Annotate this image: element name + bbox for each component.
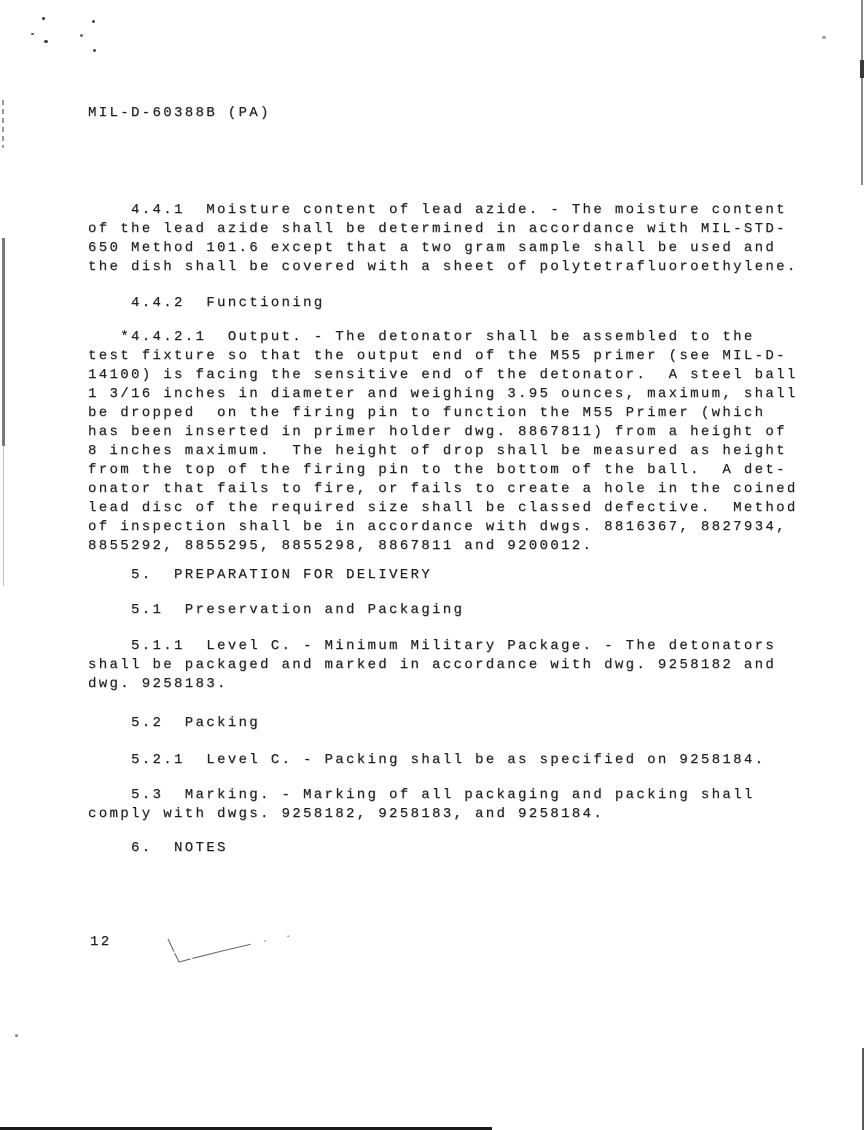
handwritten-checkmark (160, 928, 300, 970)
ink-speck-faint (822, 36, 826, 39)
ink-speck (93, 49, 96, 52)
scan-artifact-left-line-faint (3, 446, 4, 586)
ink-speck (80, 34, 83, 37)
ink-speck (44, 40, 48, 43)
paragraph-4-4-2-1-output: *4.4.2.1 Output. - The detonator shall b… (88, 328, 798, 556)
paragraph-4-4-1-moisture-content: 4.4.1 Moisture content of lead azide. - … (88, 201, 798, 277)
scan-artifact-left-line (2, 238, 5, 446)
paragraph-5-1-1-level-c: 5.1.1 Level C. - Minimum Military Packag… (88, 637, 776, 694)
heading-5-2-packing: 5.2 Packing (88, 714, 260, 733)
heading-5-preparation-for-delivery: 5. PREPARATION FOR DELIVERY (88, 566, 432, 585)
page-number: 12 (90, 933, 112, 952)
ink-speck (42, 17, 45, 20)
scan-artifact-right-line-bottom (862, 1048, 864, 1130)
scan-artifact-right-tick (860, 60, 864, 78)
scan-artifact-left-dashes (2, 100, 4, 148)
scan-artifact-right-line-top (861, 0, 863, 185)
ink-speck-faint (15, 1034, 18, 1037)
paragraph-5-3-marking: 5.3 Marking. - Marking of all packaging … (88, 786, 755, 824)
scanned-document-page: MIL-D-60388B (PA) 4.4.1 Moisture content… (0, 0, 865, 1130)
heading-4-4-2-functioning: 4.4.2 Functioning (88, 294, 325, 313)
heading-6-notes: 6. NOTES (88, 839, 228, 858)
paragraph-5-2-1-level-c: 5.2.1 Level C. - Packing shall be as spe… (88, 751, 765, 770)
ink-speck (92, 20, 95, 23)
document-id-header: MIL-D-60388B (PA) (88, 104, 271, 123)
ink-speck (31, 33, 34, 35)
heading-5-1-preservation-packaging: 5.1 Preservation and Packaging (88, 601, 464, 620)
